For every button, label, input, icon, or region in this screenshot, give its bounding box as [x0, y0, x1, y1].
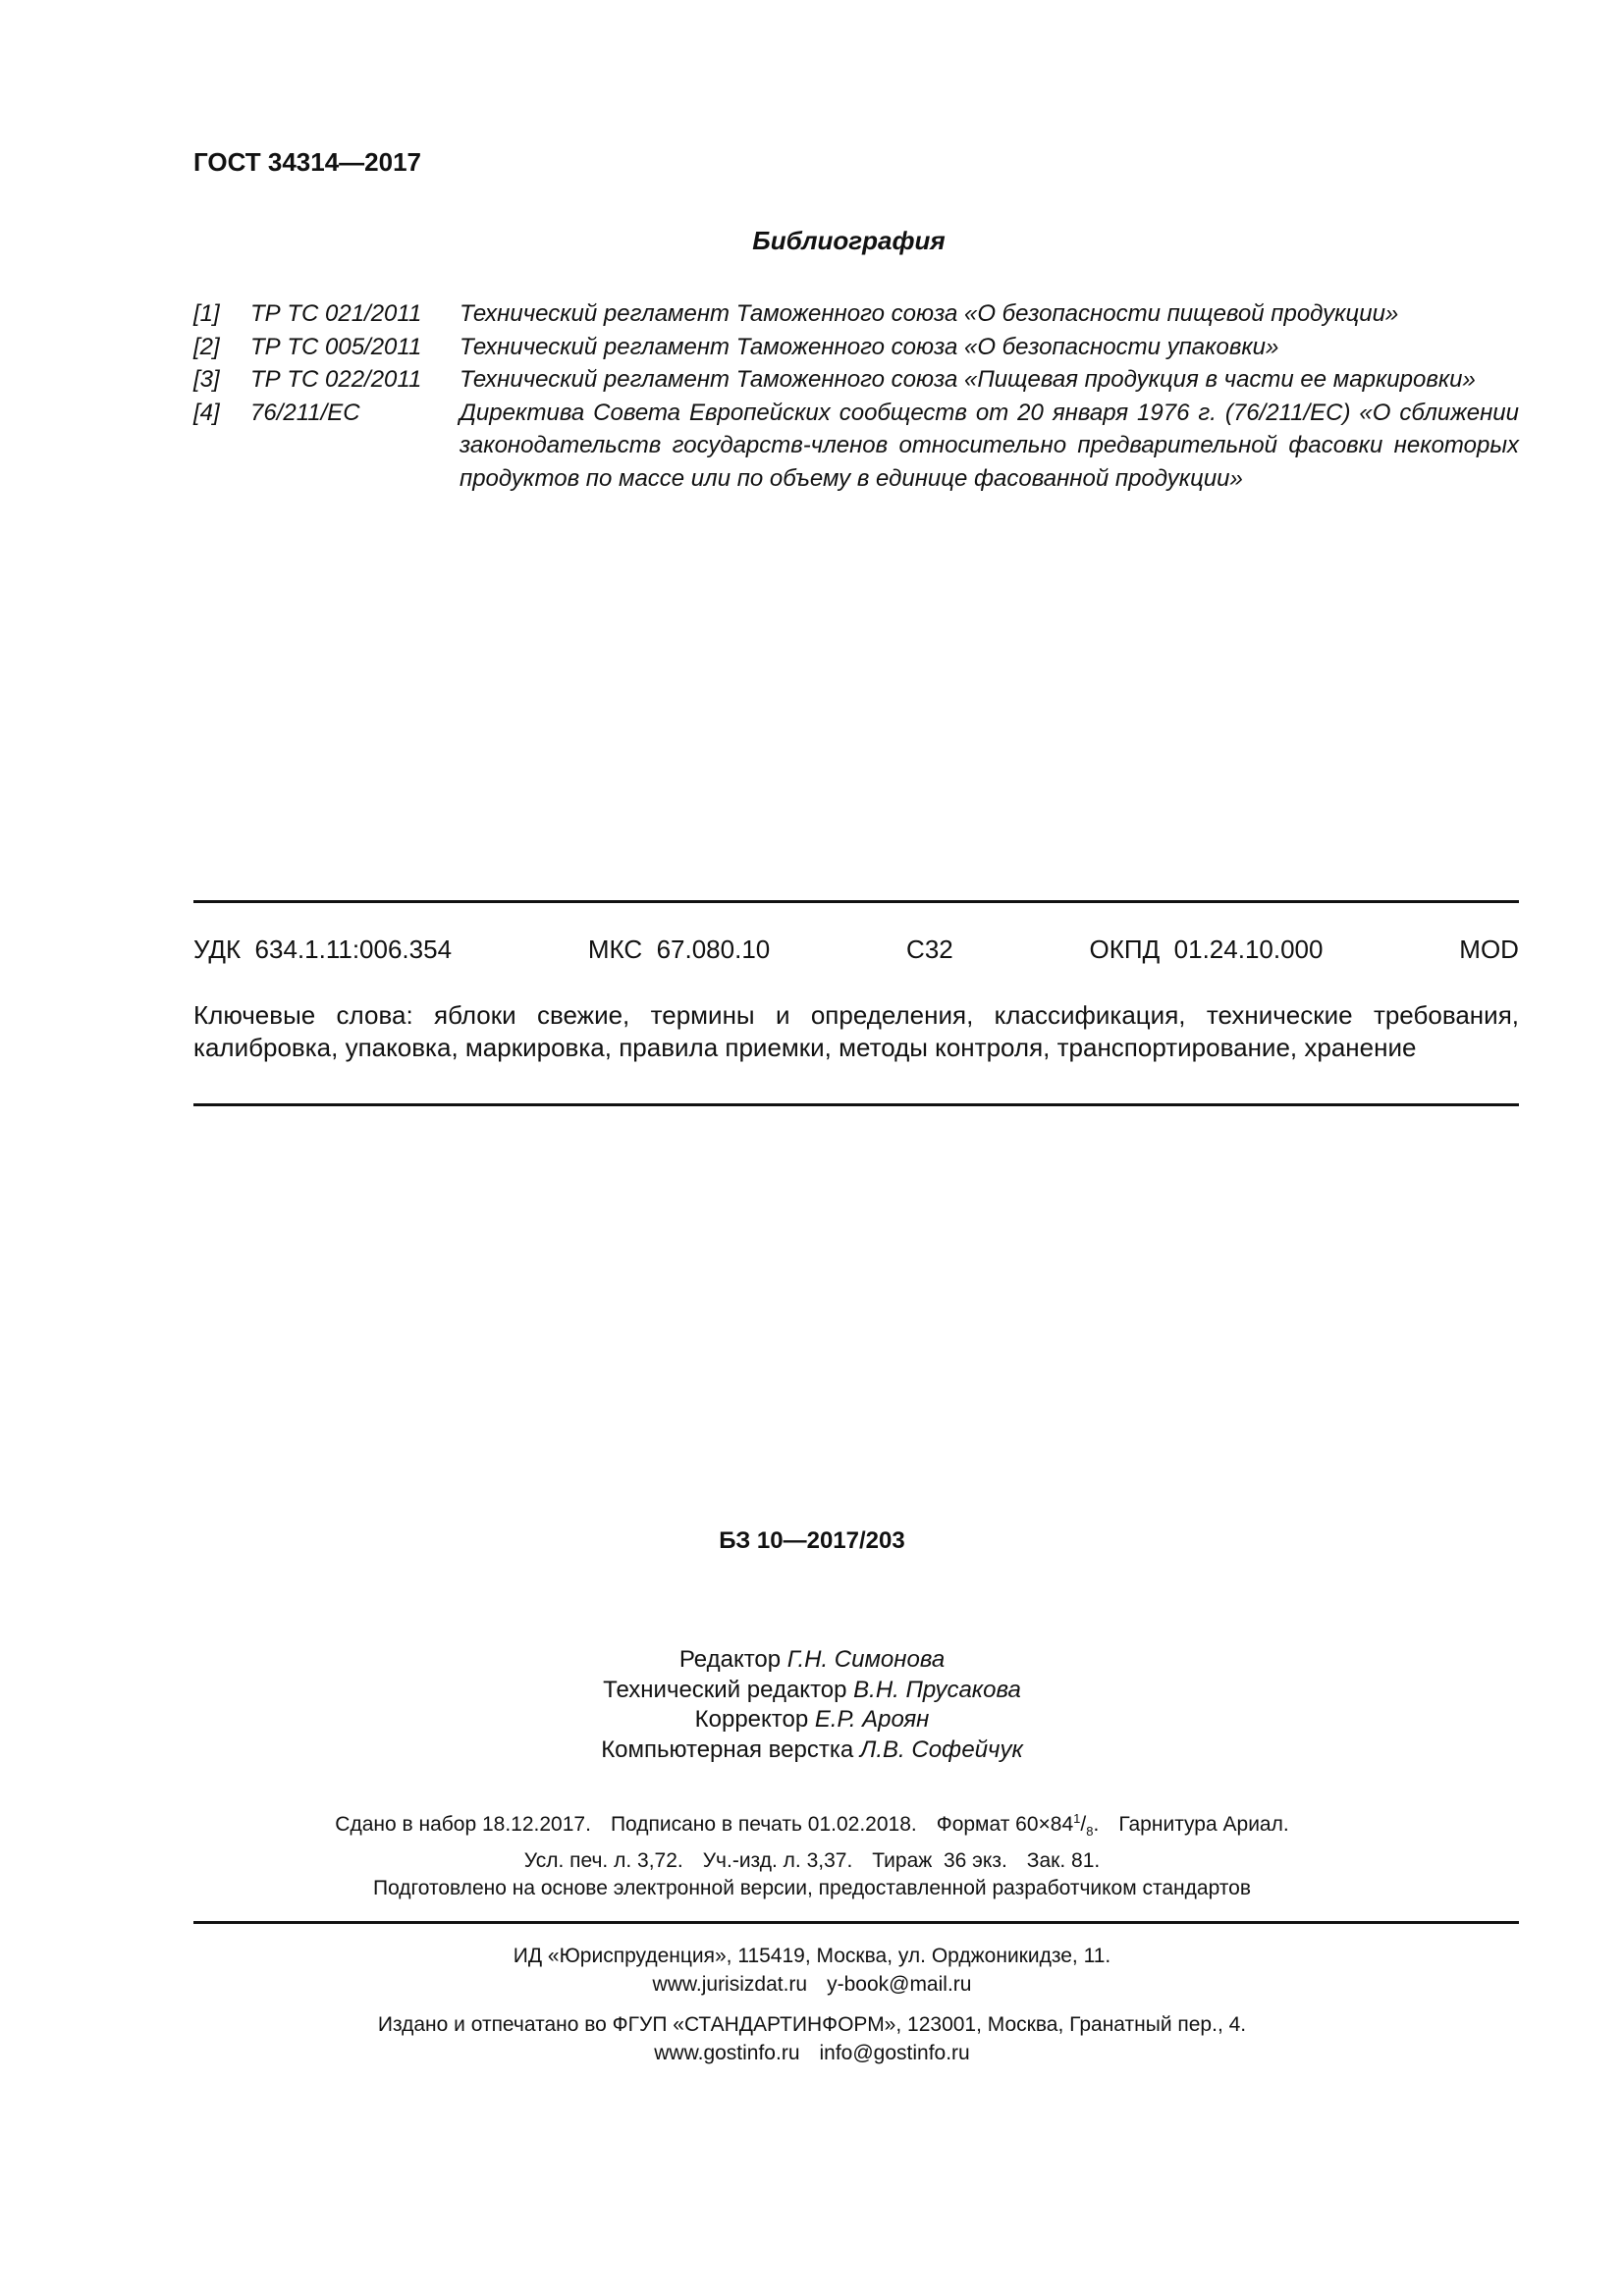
group-code: С32 [906, 934, 953, 965]
reference-item: [2] ТР ТС 005/2011 Технический регламент… [193, 331, 1519, 364]
prepared-note: Подготовлено на основе электронной верси… [0, 1877, 1624, 1900]
format-numerator: 1 [1073, 1811, 1080, 1826]
reference-code: ТР ТС 022/2011 [250, 363, 460, 397]
publisher-email-link[interactable]: info@gostinfo.ru [820, 2042, 970, 2064]
publisher-website-link[interactable]: www.gostinfo.ru [654, 2042, 799, 2064]
publisher-email-link[interactable]: y-book@mail.ru [827, 1973, 971, 1996]
keywords: Ключевые слова: яблоки свежие, термины и… [193, 999, 1519, 1064]
credit-tech-editor: Технический редактор В.Н. Прусакова [0, 1676, 1624, 1706]
imprint: Сдано в набор 18.12.2017.Подписано в печ… [0, 1804, 1624, 1876]
bibliography-title: Библиография [0, 226, 1624, 256]
imprint-line-1: Сдано в набор 18.12.2017.Подписано в печ… [0, 1804, 1624, 1846]
bibliography-list: [1] ТР ТС 021/2011 Технический регламент… [193, 297, 1519, 495]
reference-number: [4] [193, 397, 250, 496]
credit-layout: Компьютерная верстка Л.В. Софейчук [0, 1735, 1624, 1766]
publisher-website-link[interactable]: www.jurisizdat.ru [653, 1973, 808, 1996]
reference-code: ТР ТС 005/2011 [250, 331, 460, 364]
reference-item: [4] 76/211/ЕС Директива Совета Европейск… [193, 397, 1519, 496]
submitted-date: Сдано в набор 18.12.2017. [335, 1813, 591, 1836]
typeface: Гарнитура Ариал. [1118, 1813, 1288, 1836]
mks-code: МКС 67.080.10 [588, 934, 770, 965]
credit-role: Корректор [695, 1706, 809, 1733]
credit-name: В.Н. Прусакова [853, 1677, 1021, 1703]
credit-editor: Редактор Г.Н. Симонова [0, 1645, 1624, 1676]
reference-code: 76/211/ЕС [250, 397, 460, 496]
reference-code: ТР ТС 021/2011 [250, 297, 460, 331]
reference-item: [3] ТР ТС 022/2011 Технический регламент… [193, 363, 1519, 397]
document-header: ГОСТ 34314—2017 [193, 147, 421, 178]
signed-date: Подписано в печать 01.02.2018. [611, 1813, 917, 1836]
credit-name: Г.Н. Симонова [787, 1646, 945, 1673]
divider-middle [193, 1103, 1519, 1106]
publisher-address: Издано и отпечатано во ФГУП «СТАНДАРТИНФ… [0, 2010, 1624, 2039]
bz-number: БЗ 10—2017/203 [0, 1527, 1624, 1555]
format-suffix: . [1093, 1813, 1099, 1836]
credit-proofreader: Корректор Е.Р. Ароян [0, 1705, 1624, 1735]
publisher-jurisizdat: ИД «Юриспруденция», 115419, Москва, ул. … [0, 1942, 1624, 1999]
print-sheets: Усл. печ. л. 3,72. [524, 1849, 683, 1872]
format: Формат 60×84 [937, 1813, 1073, 1836]
reference-number: [2] [193, 331, 250, 364]
reference-text: Технический регламент Таможенного союза … [460, 363, 1519, 397]
mod-label: MOD [1459, 934, 1519, 965]
credit-role: Редактор [679, 1646, 781, 1673]
reference-text: Директива Совета Европейских сообществ о… [460, 397, 1519, 496]
credit-name: Л.В. Софейчук [860, 1736, 1023, 1763]
divider-bottom [193, 1921, 1519, 1924]
udk-code: УДК 634.1.11:006.354 [193, 934, 452, 965]
classification-row: УДК 634.1.11:006.354 МКС 67.080.10 С32 О… [193, 934, 1519, 965]
order-number: Зак. 81. [1027, 1849, 1100, 1872]
credit-role: Технический редактор [603, 1677, 846, 1703]
credit-name: Е.Р. Ароян [815, 1706, 929, 1733]
credits: Редактор Г.Н. Симонова Технический редак… [0, 1645, 1624, 1765]
reference-text: Технический регламент Таможенного союза … [460, 331, 1519, 364]
credit-role: Компьютерная верстка [601, 1736, 853, 1763]
circulation: Тираж 36 экз. [872, 1849, 1007, 1872]
reference-number: [1] [193, 297, 250, 331]
divider-top [193, 900, 1519, 903]
okpd-code: ОКПД 01.24.10.000 [1090, 934, 1324, 965]
pub-sheets: Уч.-изд. л. 3,37. [703, 1849, 853, 1872]
imprint-line-2: Усл. печ. л. 3,72.Уч.-изд. л. 3,37.Тираж… [0, 1846, 1624, 1876]
publisher-address: ИД «Юриспруденция», 115419, Москва, ул. … [0, 1942, 1624, 1970]
publisher-standartinform: Издано и отпечатано во ФГУП «СТАНДАРТИНФ… [0, 2010, 1624, 2067]
reference-item: [1] ТР ТС 021/2011 Технический регламент… [193, 297, 1519, 331]
reference-text: Технический регламент Таможенного союза … [460, 297, 1519, 331]
reference-number: [3] [193, 363, 250, 397]
